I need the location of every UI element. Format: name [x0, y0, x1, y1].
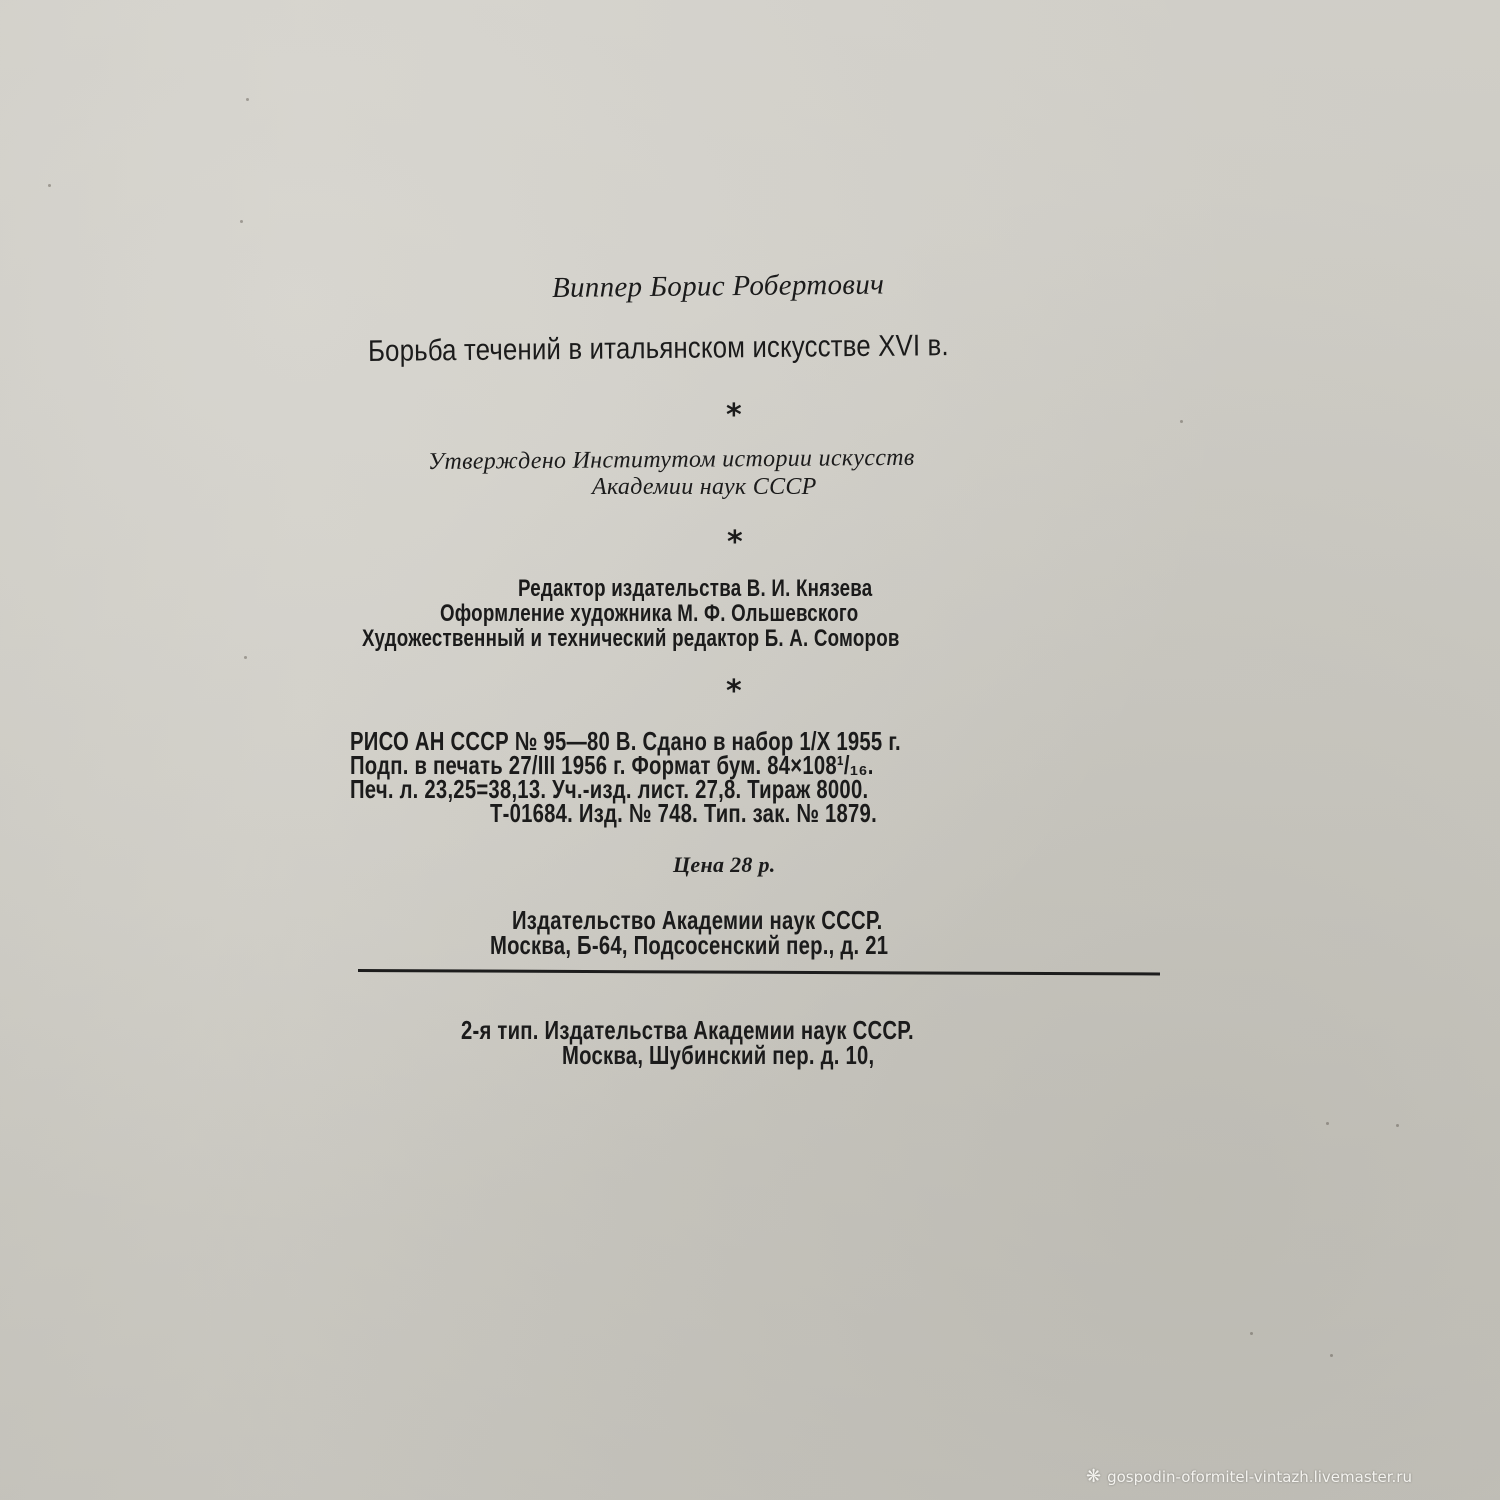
credit-tech-editor: Художественный и технический редактор Б.… [362, 625, 900, 653]
paper-speck [240, 220, 243, 223]
horizontal-rule [358, 969, 1160, 975]
paper-speck [1250, 1332, 1253, 1335]
paper-speck [1396, 1124, 1399, 1127]
paper-speck [1180, 420, 1183, 423]
imprint-line-4: Т-01684. Изд. № 748. Тип. зак. № 1879. [490, 798, 877, 829]
approval-line-1: Утверждено Институтом истории искусств [428, 445, 915, 476]
section-separator: * [726, 674, 742, 709]
price: Цена 28 р. [673, 852, 776, 878]
author-name: Виппер Борис Робертович [552, 269, 885, 305]
approval-line-2: Академии наук СССР [592, 474, 817, 501]
watermark-text: gospodin-oformitel-vintazh.livemaster.ru [1107, 1468, 1412, 1486]
snowflake-star-icon: ❋ [1086, 1468, 1101, 1486]
paper-speck [48, 184, 51, 187]
credit-designer: Оформление художника М. Ф. Ольшевского [440, 600, 858, 628]
publisher-line-2: Москва, Б-64, Подсосенский пер., д. 21 [490, 930, 888, 961]
credit-editor: Редактор издательства В. И. Князева [518, 575, 872, 603]
book-title: Борьба течений в итальянском искусстве X… [368, 329, 949, 369]
paper-speck [1326, 1122, 1329, 1125]
paper-speck [246, 98, 249, 101]
colophon-page: Виппер Борис Робертович Борьба течений в… [0, 0, 1500, 1500]
printer-line-2: Москва, Шубинский пер. д. 10, [562, 1040, 874, 1071]
section-separator: * [727, 525, 743, 560]
paper-speck [244, 656, 247, 659]
paper-speck [1330, 1354, 1333, 1357]
section-separator: * [726, 398, 742, 433]
watermark: ❋ gospodin-oformitel-vintazh.livemaster.… [1086, 1468, 1412, 1486]
